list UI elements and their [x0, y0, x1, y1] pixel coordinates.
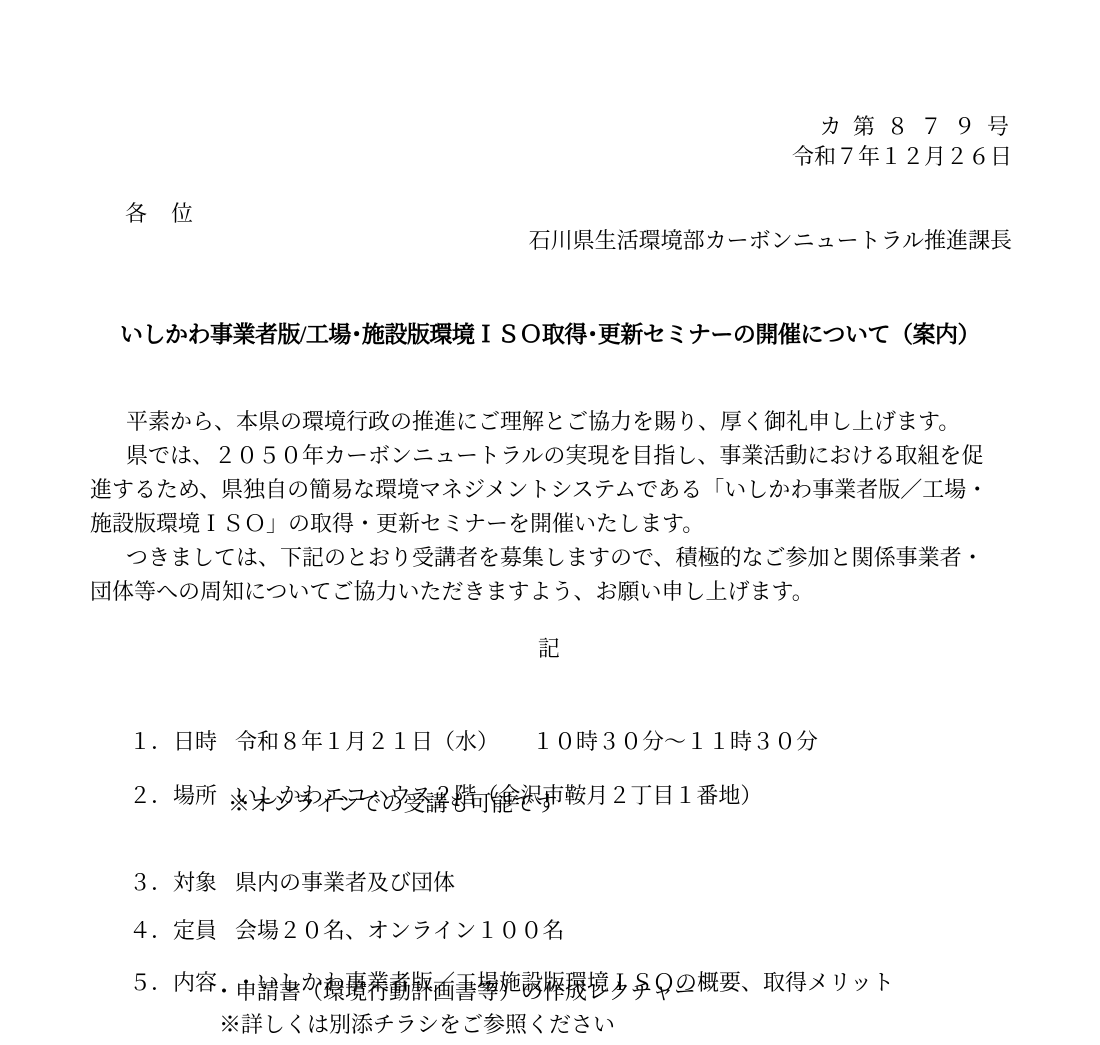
- item-label: ４．定員: [129, 918, 235, 944]
- sender-title: 石川県生活環境部カーボンニュートラル推進課長: [529, 228, 1012, 253]
- addressee: 各 位: [125, 201, 194, 226]
- item-location-note: ※オンラインでの受講も可能です: [228, 791, 557, 816]
- body-paragraphs: 平素から、本県の環境行政の推進にご理解とご協力を賜り、厚く御礼申し上げます。 県…: [90, 405, 1050, 609]
- document-title: いしかわ事業者版/工場･施設版環境ＩＳＯ取得･更新セミナーの開催について（案内）: [0, 320, 1100, 350]
- item-label: ２．場所: [129, 783, 235, 809]
- item-content: 令和８年１月２１日（水） １０時３０分～１１時３０分: [235, 729, 818, 754]
- body-line: 県では、２０５０年カーボンニュートラルの実現を目指し、事業活動における取組を促: [90, 439, 1050, 473]
- record-marker: 記: [0, 636, 1100, 661]
- body-line: つきましては、下記のとおり受講者を募集しますので、積極的なご参加と関係事業者・: [90, 541, 1050, 575]
- body-line: 平素から、本県の環境行政の推進にご理解とご協力を賜り、厚く御礼申し上げます。: [90, 405, 1050, 439]
- doc-number: カ 第 ８ ７ ９ 号: [819, 114, 1012, 139]
- body-line: 施設版環境ＩＳＯ」の取得・更新セミナーを開催いたします。: [90, 507, 1050, 541]
- issue-date: 令和７年１２月２６日: [792, 144, 1012, 169]
- item-bullet: ・申請書（環境行動計画書等）の作成レクチャー: [213, 979, 696, 1004]
- item-content: 会場２０名、オンライン１００名: [235, 918, 564, 943]
- item-label: １．日時: [129, 729, 235, 755]
- body-line: 進するため、県独自の簡易な環境マネジメントシステムである「いしかわ事業者版／工場…: [90, 473, 1050, 507]
- item-contents-note: ※詳しくは別添チラシをご参照ください: [219, 1012, 615, 1037]
- body-line: 団体等への周知についてご協力いただきますよう、お願い申し上げます。: [90, 575, 1050, 609]
- document-page: カ 第 ８ ７ ９ 号 令和７年１２月２６日 各 位 石川県生活環境部カーボンニ…: [0, 0, 1100, 1045]
